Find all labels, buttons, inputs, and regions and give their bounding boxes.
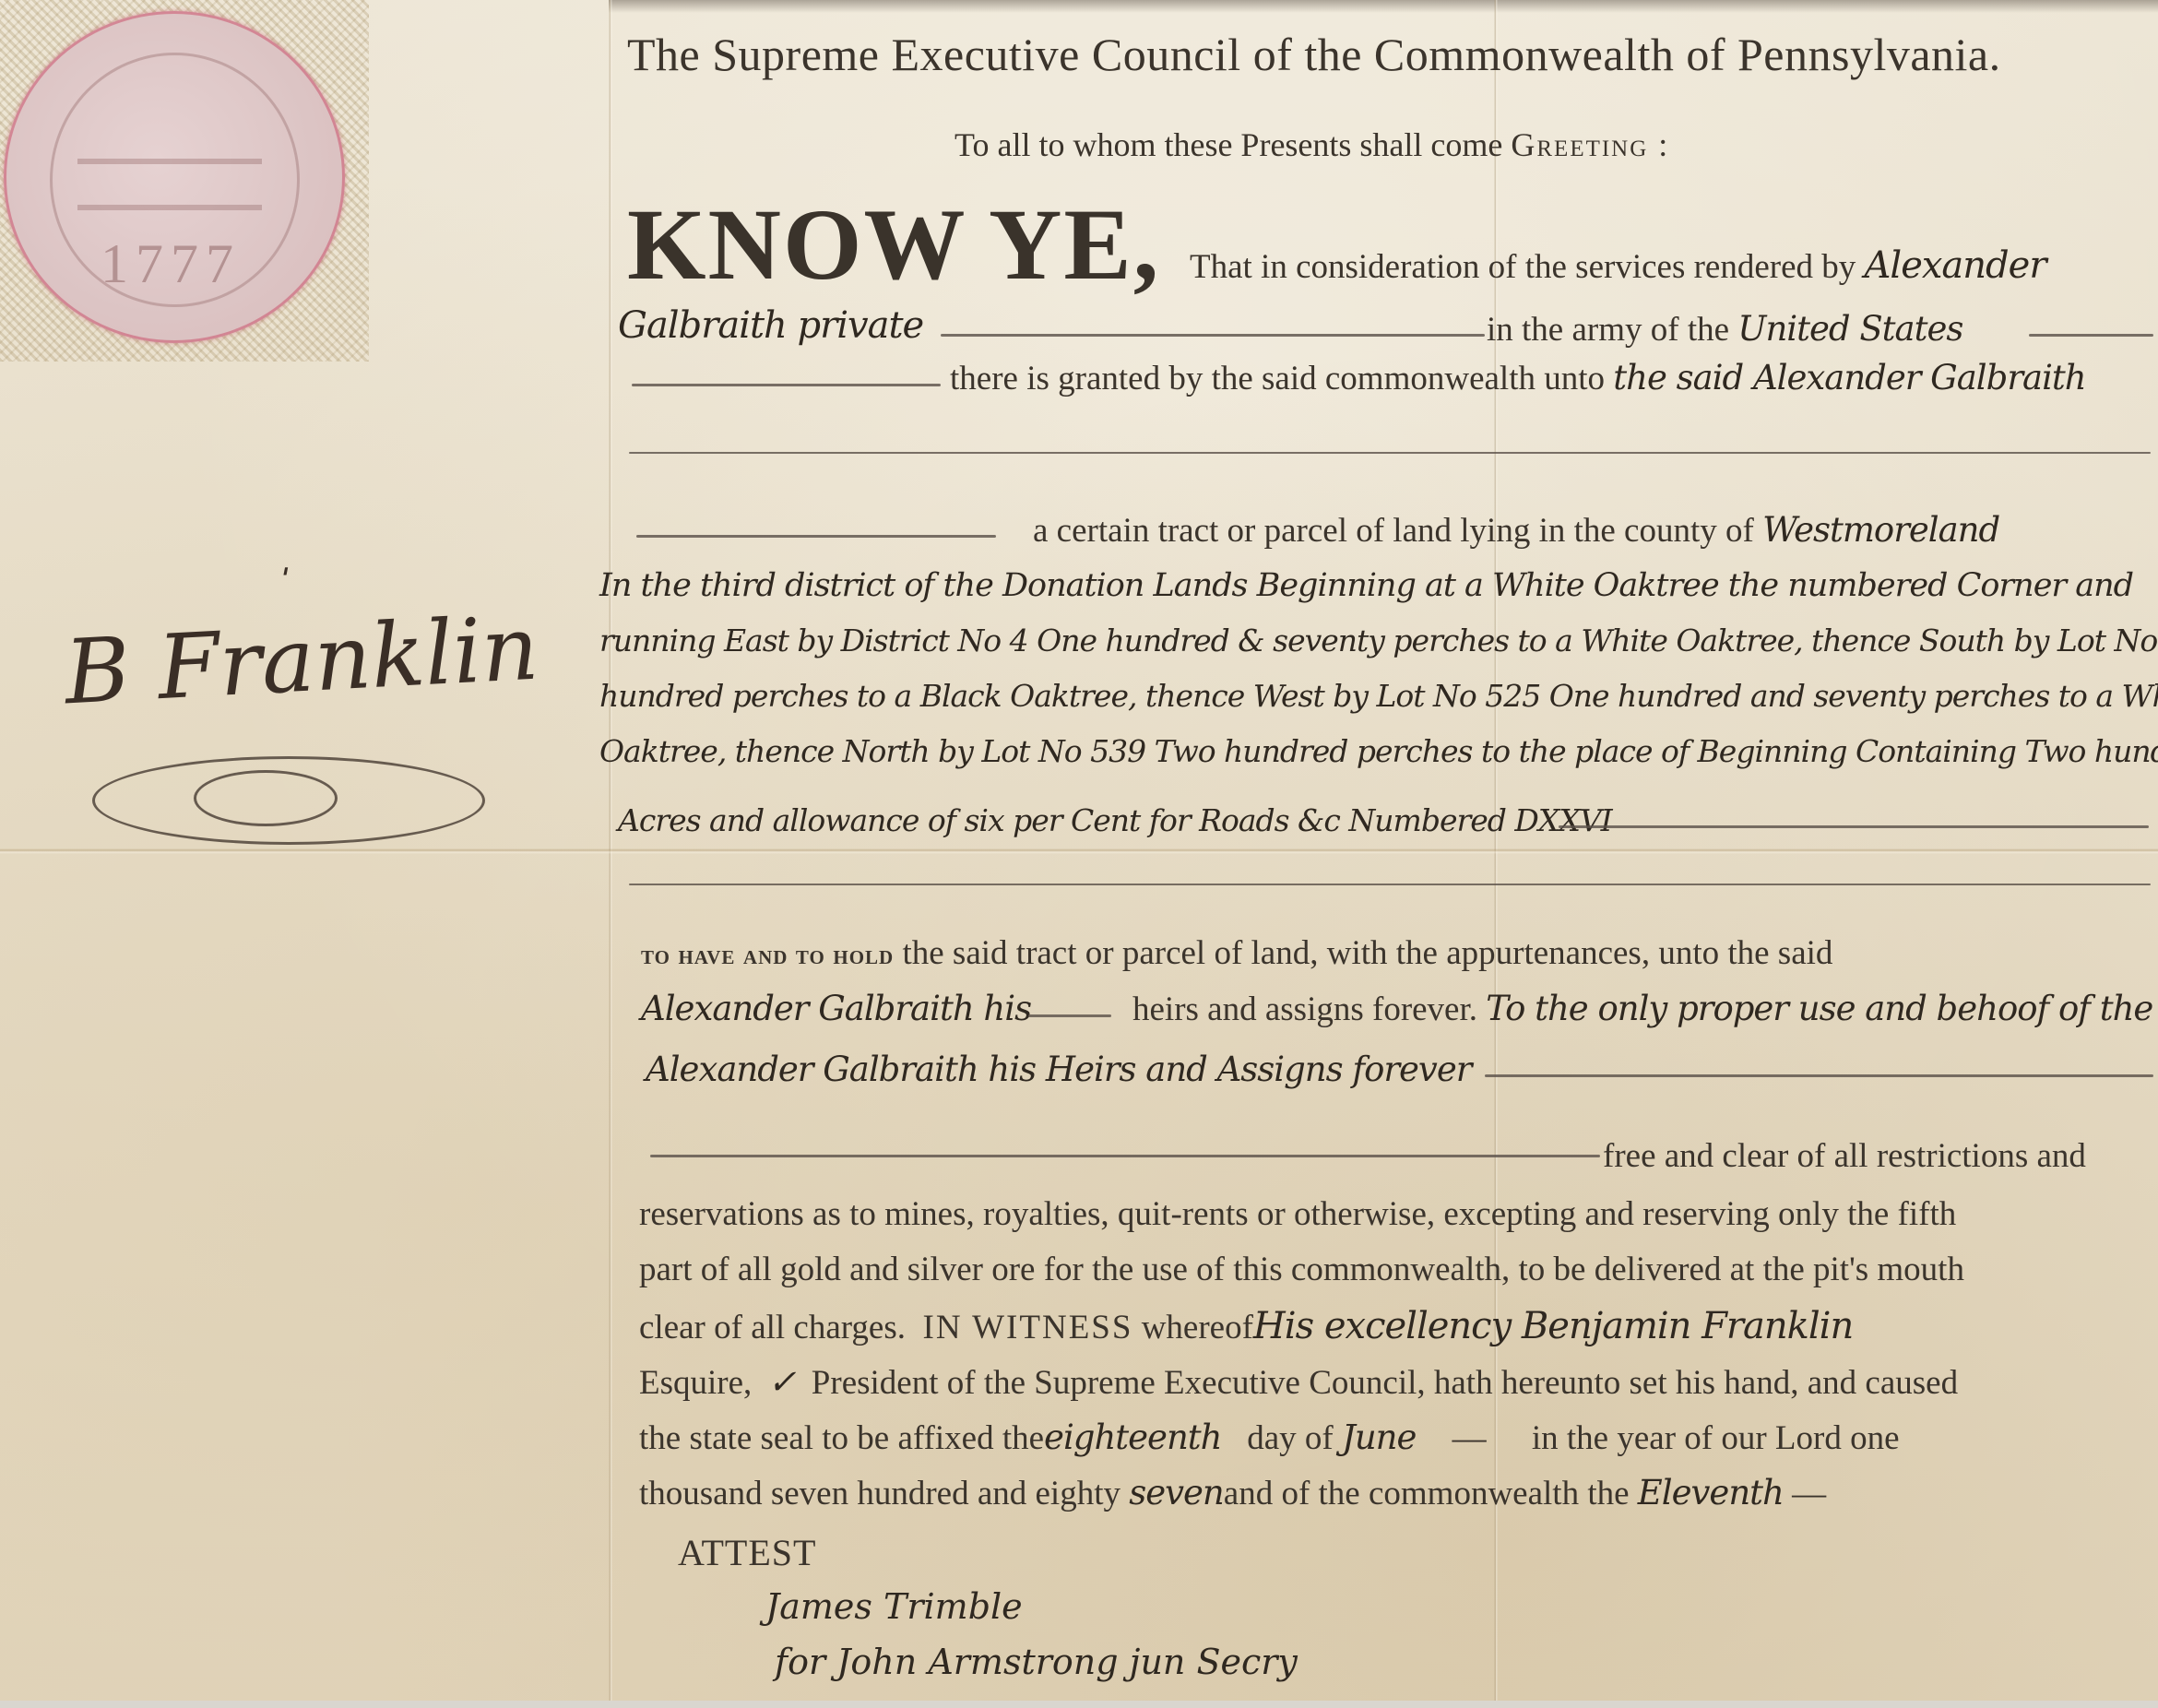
handwritten-name: Alexander xyxy=(1865,244,2046,287)
bottom-edge xyxy=(0,1701,2158,1708)
greeting-prefix: To all to whom these Presents shall come xyxy=(954,126,1502,163)
text-line-habendum: to have and to hold the said tract or pa… xyxy=(641,933,1832,973)
blank-rule xyxy=(636,535,996,538)
printed-text: a certain tract or parcel of land lying … xyxy=(1033,512,1754,550)
printed-text: in the army of the xyxy=(1487,311,1729,349)
printed-text: there is granted by the said commonwealt… xyxy=(950,360,1605,397)
blank-rule xyxy=(1028,1014,1111,1017)
blank-rule xyxy=(941,334,1485,337)
blank-rule-full xyxy=(629,452,2151,454)
handwritten-army: United States xyxy=(1737,309,1962,349)
document-title: The Supreme Executive Council of the Com… xyxy=(627,28,2001,81)
text-line-2b: in the army of the United States xyxy=(1487,309,1962,350)
blank-rule xyxy=(1559,825,2149,828)
land-description-line-1: In the third district of the Donation La… xyxy=(599,567,2133,604)
blank-rule xyxy=(632,384,941,386)
land-description-line-4: Oaktree, thence North by Lot No 539 Two … xyxy=(599,733,2158,769)
printed-text: thousand seven hundred and eighty xyxy=(639,1475,1120,1512)
signature-flourish xyxy=(194,770,338,826)
printed-text: heirs and assigns forever. xyxy=(1132,990,1477,1028)
printed-text: Esquire, xyxy=(639,1364,752,1402)
text-line-15: part of all gold and silver ore for the … xyxy=(639,1250,1964,1289)
text-line-18: the state seal to be affixed theeighteen… xyxy=(639,1417,1900,1458)
blank-rule xyxy=(650,1155,1600,1157)
top-edge-shadow xyxy=(609,0,2158,13)
attest-label: ATTEST xyxy=(678,1531,816,1574)
greeting-word: Greeting : xyxy=(1511,126,1669,163)
blank-rule-full xyxy=(629,884,2151,885)
text-line-17: Esquire, ✓ President of the Supreme Exec… xyxy=(639,1362,1958,1403)
handwritten-grantee: the said Alexander Galbraith xyxy=(1613,358,2085,397)
state-seal-icon: 1777 xyxy=(4,11,345,343)
handwritten-commonwealth-year: Eleventh xyxy=(1638,1473,1784,1512)
signature-mark: ˈ xyxy=(281,563,290,599)
text-line-16: clear of all charges. IN WITNESS whereof… xyxy=(639,1305,1853,1347)
printed-text: in the year of our Lord one xyxy=(1532,1419,1900,1457)
printed-text: clear of all charges. xyxy=(639,1309,906,1346)
handwritten-county: Westmoreland xyxy=(1762,510,1999,550)
seal-band xyxy=(77,205,262,210)
land-description-line-3: hundred perches to a Black Oaktree, then… xyxy=(599,678,2158,714)
text-line-12: Alexander Galbraith his Heirs and Assign… xyxy=(646,1050,1471,1089)
printed-text: the said tract or parcel of land, with t… xyxy=(902,934,1832,972)
handwritten-month: June xyxy=(1342,1417,1416,1457)
text-line-19: thousand seven hundred and eighty sevena… xyxy=(639,1473,1826,1513)
text-line-11b: heirs and assigns forever. To the only p… xyxy=(1132,989,2158,1029)
handwritten-clause: To the only proper use and behoof of the… xyxy=(1486,989,2158,1028)
handwritten-president: His excellency Benjamin Franklin xyxy=(1253,1305,1853,1347)
blank-rule xyxy=(1485,1074,2153,1077)
check-mark-icon: ✓ xyxy=(768,1362,796,1402)
trimble-signature: James Trimble xyxy=(765,1586,1023,1627)
printed-text: whereof xyxy=(1142,1309,1253,1346)
fold-line-horizontal xyxy=(0,848,2158,854)
seal-year: 1777 xyxy=(101,232,241,296)
handwritten-year: seven xyxy=(1129,1473,1224,1512)
blank-rule xyxy=(2029,334,2153,337)
printed-text: day of xyxy=(1247,1419,1334,1457)
fold-line-vertical-left xyxy=(609,0,612,1708)
seal-band xyxy=(77,159,262,164)
armstrong-signature: for John Armstrong jun Secry xyxy=(775,1642,1298,1682)
text-line-3: there is granted by the said commonwealt… xyxy=(950,358,2086,398)
land-description-line-5: Acres and allowance of six per Cent for … xyxy=(618,802,1612,838)
handwritten-rank: Galbraith private xyxy=(618,304,923,347)
printed-text: the state seal to be affixed the xyxy=(639,1419,1044,1457)
text-line-14: reservations as to mines, royalties, qui… xyxy=(639,1194,1956,1234)
text-line-1: That in consideration of the services re… xyxy=(1190,244,2045,287)
text-line-2: Galbraith private xyxy=(618,304,923,347)
handwritten-day: eighteenth xyxy=(1044,1417,1221,1457)
in-witness-caps: IN WITNESS xyxy=(923,1309,1133,1346)
printed-text: President of the Supreme Executive Counc… xyxy=(812,1364,1958,1402)
text-line-11: Alexander Galbraith his xyxy=(641,989,1031,1029)
text-line-13: free and clear of all restrictions and xyxy=(1603,1136,2086,1176)
land-description-line-2: running East by District No 4 One hundre… xyxy=(599,623,2158,658)
printed-text: That in consideration of the services re… xyxy=(1190,248,1856,286)
embossed-seal-area: 1777 xyxy=(0,0,369,362)
printed-text: and of the commonwealth the xyxy=(1224,1475,1630,1512)
handwritten-grantee: Alexander Galbraith his xyxy=(641,989,1031,1028)
habendum-caps: to have and to hold xyxy=(641,940,894,970)
know-ye-heading: KNOW YE, xyxy=(627,186,1160,303)
greeting-line: To all to whom these Presents shall come… xyxy=(954,125,1669,164)
text-line-4: a certain tract or parcel of land lying … xyxy=(1033,510,1999,551)
